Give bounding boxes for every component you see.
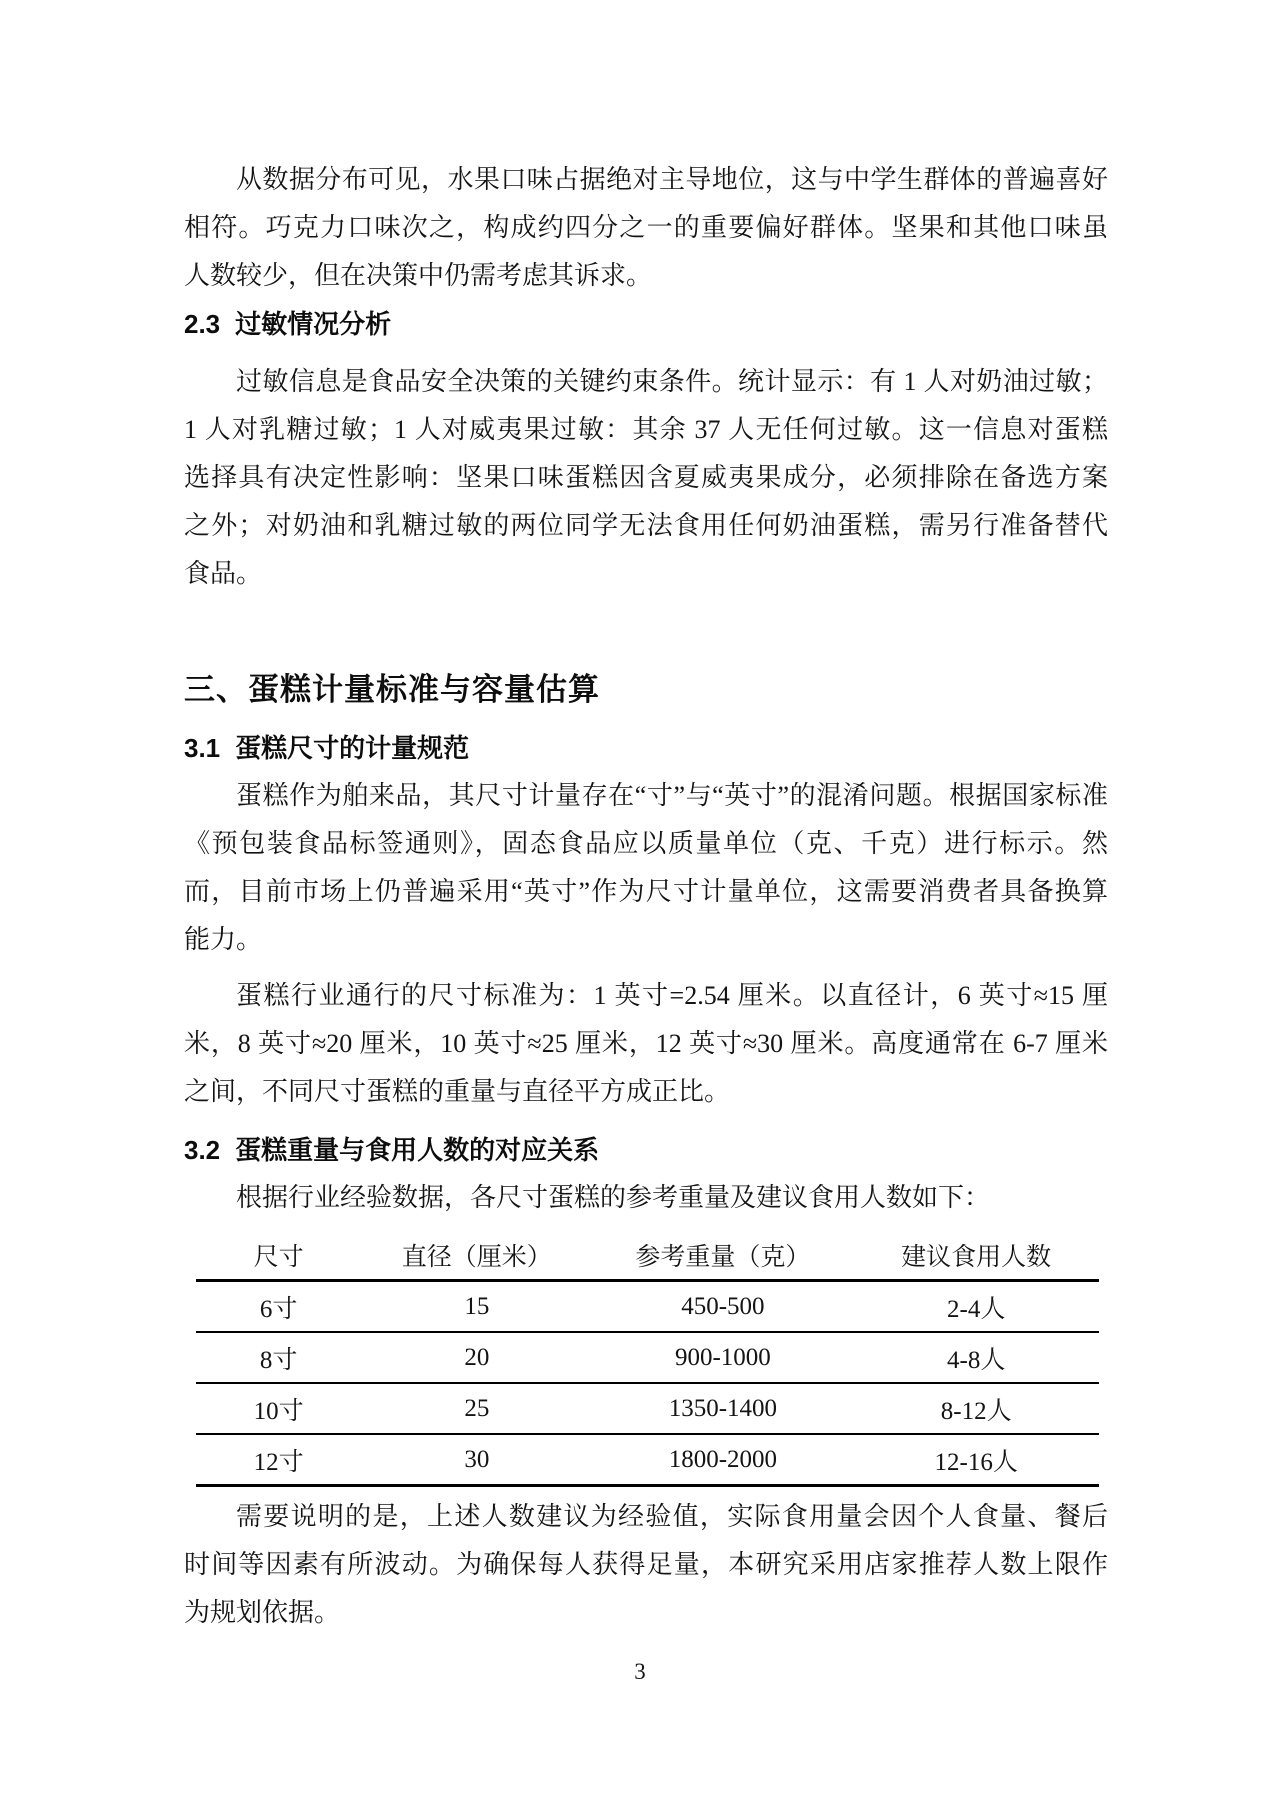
cell-people: 8-12人 [853, 1383, 1099, 1434]
text-line: 1 人对乳糖过敏；1 人对威夷果过敏：其余 37 人无任何过敏。这一信息对蛋糕 [184, 406, 1108, 454]
table-row: 12寸 30 1800-2000 12-16人 [196, 1434, 1099, 1486]
col-header-people: 建议食用人数 [853, 1230, 1099, 1281]
table-row: 6寸 15 450-500 2-4人 [196, 1281, 1099, 1333]
paragraph-table-note: 需要说明的是，上述人数建议为经验值，实际食用量会因个人食量、餐后 时间等因素有所… [184, 1493, 1108, 1637]
text-line: 人数较少，但在决策中仍需考虑其诉求。 [184, 252, 1108, 300]
text-line: 从数据分布可见，水果口味占据绝对主导地位，这与中学生群体的普遍喜好 [184, 156, 1108, 204]
text-line: 需要说明的是，上述人数建议为经验值，实际食用量会因个人食量、餐后 [184, 1493, 1108, 1541]
text-line: 米，8 英寸≈20 厘米，10 英寸≈25 厘米，12 英寸≈30 厘米。高度通… [184, 1020, 1108, 1068]
cell-people: 4-8人 [853, 1332, 1099, 1383]
table-header-row: 尺寸 直径（厘米） 参考重量（克） 建议食用人数 [196, 1230, 1099, 1281]
heading-2-3-allergy-analysis: 2.3过敏情况分析 [184, 300, 1108, 348]
cell-weight: 1800-2000 [592, 1434, 853, 1486]
cell-diameter: 15 [361, 1281, 592, 1333]
text-line: 相符。巧克力口味次之，构成约四分之一的重要偏好群体。坚果和其他口味虽 [184, 204, 1108, 252]
text-line: 《预包装食品标签通则》，固态食品应以质量单位（克、千克）进行标示。然 [184, 820, 1108, 868]
cell-weight: 1350-1400 [592, 1383, 853, 1434]
heading-number: 3.1 [184, 733, 220, 763]
text-line: 过敏信息是食品安全决策的关键约束条件。统计显示：有 1 人对奶油过敏； [184, 358, 1108, 406]
text-line: 蛋糕作为舶来品，其尺寸计量存在“寸”与“英寸”的混淆问题。根据国家标准 [184, 772, 1108, 820]
text-line: 时间等因素有所波动。为确保每人获得足量，本研究采用店家推荐人数上限作 [184, 1541, 1108, 1589]
cake-size-table: 尺寸 直径（厘米） 参考重量（克） 建议食用人数 6寸 15 450-500 2… [196, 1230, 1099, 1487]
text-line: 根据行业经验数据，各尺寸蛋糕的参考重量及建议食用人数如下： [184, 1174, 1108, 1222]
heading-title: 蛋糕尺寸的计量规范 [235, 733, 469, 763]
cell-people: 12-16人 [853, 1434, 1099, 1486]
col-header-size: 尺寸 [196, 1230, 361, 1281]
paragraph-table-intro: 根据行业经验数据，各尺寸蛋糕的参考重量及建议食用人数如下： [184, 1174, 1108, 1222]
text-line: 之间，不同尺寸蛋糕的重量与直径平方成正比。 [184, 1068, 1108, 1116]
cell-weight: 900-1000 [592, 1332, 853, 1383]
text-line: 之外；对奶油和乳糖过敏的两位同学无法食用任何奶油蛋糕，需另行准备替代 [184, 502, 1108, 550]
text-line: 选择具有决定性影响：坚果口味蛋糕因含夏威夷果成分，必须排除在备选方案 [184, 454, 1108, 502]
cell-diameter: 20 [361, 1332, 592, 1383]
heading-number: 3.2 [184, 1135, 220, 1165]
text-line: 为规划依据。 [184, 1589, 1108, 1637]
heading-title: 蛋糕重量与食用人数的对应关系 [235, 1135, 599, 1165]
heading-title: 过敏情况分析 [235, 309, 391, 339]
text-line: 蛋糕行业通行的尺寸标准为：1 英寸=2.54 厘米。以直径计，6 英寸≈15 厘 [184, 972, 1108, 1020]
cell-diameter: 30 [361, 1434, 592, 1486]
col-header-weight: 参考重量（克） [592, 1230, 853, 1281]
cell-diameter: 25 [361, 1383, 592, 1434]
heading-number: 2.3 [184, 309, 220, 339]
text-line: 食品。 [184, 550, 1108, 598]
cell-size: 8寸 [196, 1332, 361, 1383]
cell-people: 2-4人 [853, 1281, 1099, 1333]
paragraph-size-standard-1: 蛋糕作为舶来品，其尺寸计量存在“寸”与“英寸”的混淆问题。根据国家标准 《预包装… [184, 772, 1108, 964]
cell-size: 10寸 [196, 1383, 361, 1434]
cell-size: 6寸 [196, 1281, 361, 1333]
heading-3-2-weight-people: 3.2蛋糕重量与食用人数的对应关系 [184, 1126, 1108, 1174]
paragraph-allergy-detail: 过敏信息是食品安全决策的关键约束条件。统计显示：有 1 人对奶油过敏； 1 人对… [184, 358, 1108, 598]
cell-weight: 450-500 [592, 1281, 853, 1333]
heading-chapter-3-cake-measurement: 三、蛋糕计量标准与容量估算 [184, 666, 1108, 714]
text-line: 能力。 [184, 916, 1108, 964]
text-line: 而，目前市场上仍普遍采用“英寸”作为尺寸计量单位，这需要消费者具备换算 [184, 868, 1108, 916]
page-number: 3 [0, 1649, 1280, 1695]
cell-size: 12寸 [196, 1434, 361, 1486]
paragraph-flavor-analysis: 从数据分布可见，水果口味占据绝对主导地位，这与中学生群体的普遍喜好 相符。巧克力… [184, 156, 1108, 300]
document-page: 从数据分布可见，水果口味占据绝对主导地位，这与中学生群体的普遍喜好 相符。巧克力… [0, 0, 1280, 1810]
paragraph-size-standard-2: 蛋糕行业通行的尺寸标准为：1 英寸=2.54 厘米。以直径计，6 英寸≈15 厘… [184, 972, 1108, 1116]
table-row: 10寸 25 1350-1400 8-12人 [196, 1383, 1099, 1434]
heading-3-1-size-standard: 3.1蛋糕尺寸的计量规范 [184, 724, 1108, 772]
table-row: 8寸 20 900-1000 4-8人 [196, 1332, 1099, 1383]
col-header-diameter: 直径（厘米） [361, 1230, 592, 1281]
